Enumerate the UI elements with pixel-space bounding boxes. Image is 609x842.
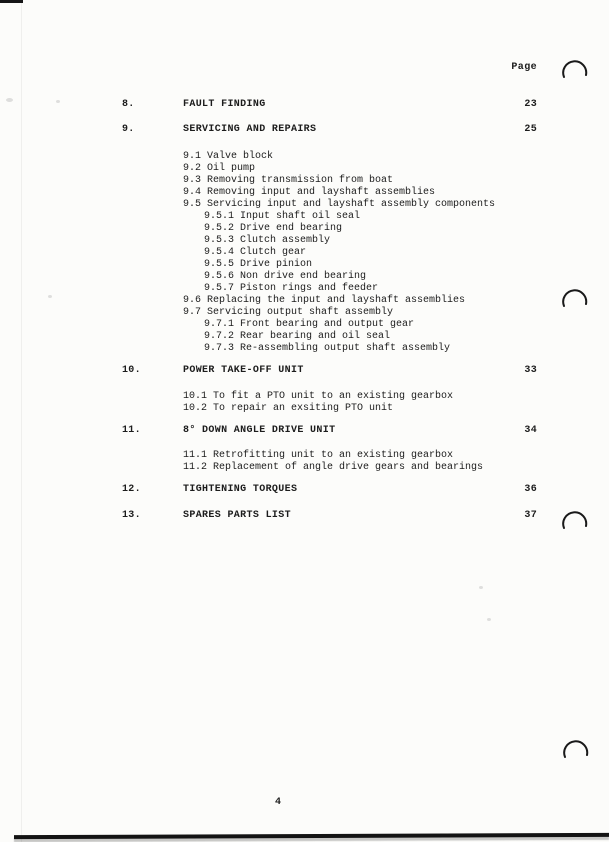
toc-item: 9.5.4 Clutch gear [183,247,537,259]
binder-ring-mark-icon [561,60,589,82]
toc-section-row: 8. FAULT FINDING 23 [122,99,537,111]
section-number: 11. [122,425,183,437]
scan-speck [6,98,13,102]
toc-item: 9.7.2 Rear bearing and oil seal [183,331,537,343]
page-edge-line [21,0,22,842]
toc-item: 9.7 Servicing output shaft assembly [183,307,537,319]
section-page-number: 36 [503,484,537,496]
toc-item: 9.5.1 Input shaft oil seal [183,211,537,223]
scan-speck [56,100,60,103]
toc-item: 9.5.3 Clutch assembly [183,235,537,247]
toc-item: 9.5.6 Non drive end bearing [183,271,537,283]
page-column-header: Page [511,62,537,73]
section-title: POWER TAKE-OFF UNIT [183,365,503,377]
section-number: 8. [122,99,183,111]
section-number: 9. [122,124,183,136]
toc-section-row: 12. TIGHTENING TORQUES 36 [122,484,537,496]
section-page-number: 23 [503,99,537,111]
scan-edge-artifact-top [0,0,23,3]
toc-item: 9.5.5 Drive pinion [183,259,537,271]
binder-ring-mark-icon [561,289,589,311]
toc-item: 9.5.7 Piston rings and feeder [183,283,537,295]
toc-item: 9.5 Servicing input and layshaft assembl… [183,199,537,211]
scan-speck [48,295,52,298]
section-title: TIGHTENING TORQUES [183,484,503,496]
scanned-document-page: Page 8. FAULT FINDING 23 9. SERVICING AN… [0,0,609,842]
scan-speck [479,586,483,589]
binder-ring-mark-icon [561,511,589,533]
section-title: SPARES PARTS LIST [183,510,503,522]
toc-item: 9.3 Removing transmission from boat [183,175,537,187]
toc-item: 10.2 To repair an exsiting PTO unit [183,403,537,415]
toc-item: 11.2 Replacement of angle drive gears an… [183,462,537,474]
toc-item: 9.5.2 Drive end bearing [183,223,537,235]
section-number: 12. [122,484,183,496]
toc-item: 9.7.1 Front bearing and output gear [183,319,537,331]
table-of-contents: 8. FAULT FINDING 23 9. SERVICING AND REP… [122,96,537,522]
section-page-number: 33 [503,365,537,377]
toc-item: 9.6 Replacing the input and layshaft ass… [183,295,537,307]
scan-speck [487,618,491,621]
footer-page-number: 4 [268,797,288,808]
section-number: 10. [122,365,183,377]
toc-section-row: 10. POWER TAKE-OFF UNIT 33 [122,365,537,377]
section-page-number: 25 [503,124,537,136]
toc-item: 10.1 To fit a PTO unit to an existing ge… [183,391,537,403]
section-page-number: 34 [503,425,537,437]
section-page-number: 37 [503,510,537,522]
toc-section-row: 11. 8° DOWN ANGLE DRIVE UNIT 34 [122,425,537,437]
toc-item: 11.1 Retrofitting unit to an existing ge… [183,450,537,462]
toc-subsection-list: 9.1 Valve block 9.2 Oil pump 9.3 Removin… [183,151,537,355]
toc-subsection-list: 11.1 Retrofitting unit to an existing ge… [183,450,537,474]
section-number: 13. [122,510,183,522]
scan-edge-artifact-bottom [14,833,609,839]
toc-item: 9.2 Oil pump [183,163,537,175]
binder-ring-mark-icon [562,740,590,762]
section-title: FAULT FINDING [183,99,503,111]
section-title: 8° DOWN ANGLE DRIVE UNIT [183,425,503,437]
section-title: SERVICING AND REPAIRS [183,124,503,136]
toc-subsection-list: 10.1 To fit a PTO unit to an existing ge… [183,391,537,415]
toc-item: 9.1 Valve block [183,151,537,163]
toc-section-row: 13. SPARES PARTS LIST 37 [122,510,537,522]
toc-item: 9.4 Removing input and layshaft assembli… [183,187,537,199]
toc-item: 9.7.3 Re-assembling output shaft assembl… [183,343,537,355]
toc-section-row: 9. SERVICING AND REPAIRS 25 [122,124,537,136]
